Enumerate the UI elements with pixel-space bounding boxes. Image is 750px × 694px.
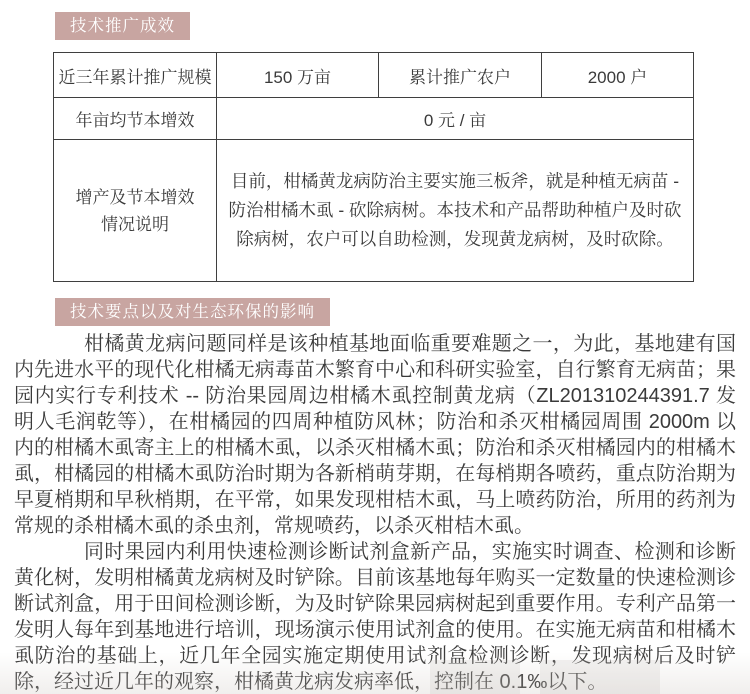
cell-scale-label: 近三年累计推广规模	[54, 53, 217, 98]
cell-scale-value: 150 万亩	[217, 53, 379, 98]
key-points-article: 柑橘黄龙病问题同样是该种植基地面临重要难题之一，为此，基地建有国内先进水平的现代…	[14, 331, 736, 694]
description-label-text: 增产及节本增效情况说明	[72, 184, 198, 238]
article-paragraph-2: 同时果园内利用快速检测诊断试剂盒新产品，实施实时调查、检测和诊断黄化树，发明柑橘…	[14, 539, 736, 694]
promotion-stats-table: 近三年累计推广规模 150 万亩 累计推广农户 2000 户 年亩均节本增效 0…	[53, 52, 694, 282]
table-row: 增产及节本增效情况说明 目前，柑橘黄龙病防治主要实施三板斧，就是种植无病苗 - …	[54, 140, 694, 282]
table-row: 近三年累计推广规模 150 万亩 累计推广农户 2000 户	[54, 53, 694, 98]
cell-households-label: 累计推广农户	[379, 53, 542, 98]
section-title-promotion-results: 技术推广成效	[55, 12, 190, 40]
cell-description-label: 增产及节本增效情况说明	[54, 140, 217, 282]
cell-description-value: 目前，柑橘黄龙病防治主要实施三板斧，就是种植无病苗 - 防治柑橘木虱 - 砍除病…	[217, 140, 694, 282]
document-page: 技术推广成效 近三年累计推广规模 150 万亩 累计推广农户 2000 户 年亩…	[0, 0, 750, 694]
cell-saving-value: 0 元 / 亩	[217, 98, 694, 140]
cell-saving-label: 年亩均节本增效	[54, 98, 217, 140]
article-paragraph-1: 柑橘黄龙病问题同样是该种植基地面临重要难题之一，为此，基地建有国内先进水平的现代…	[14, 331, 736, 539]
table-row: 年亩均节本增效 0 元 / 亩	[54, 98, 694, 140]
cell-households-value: 2000 户	[542, 53, 694, 98]
section-title-key-points: 技术要点以及对生态环保的影响	[55, 298, 330, 326]
